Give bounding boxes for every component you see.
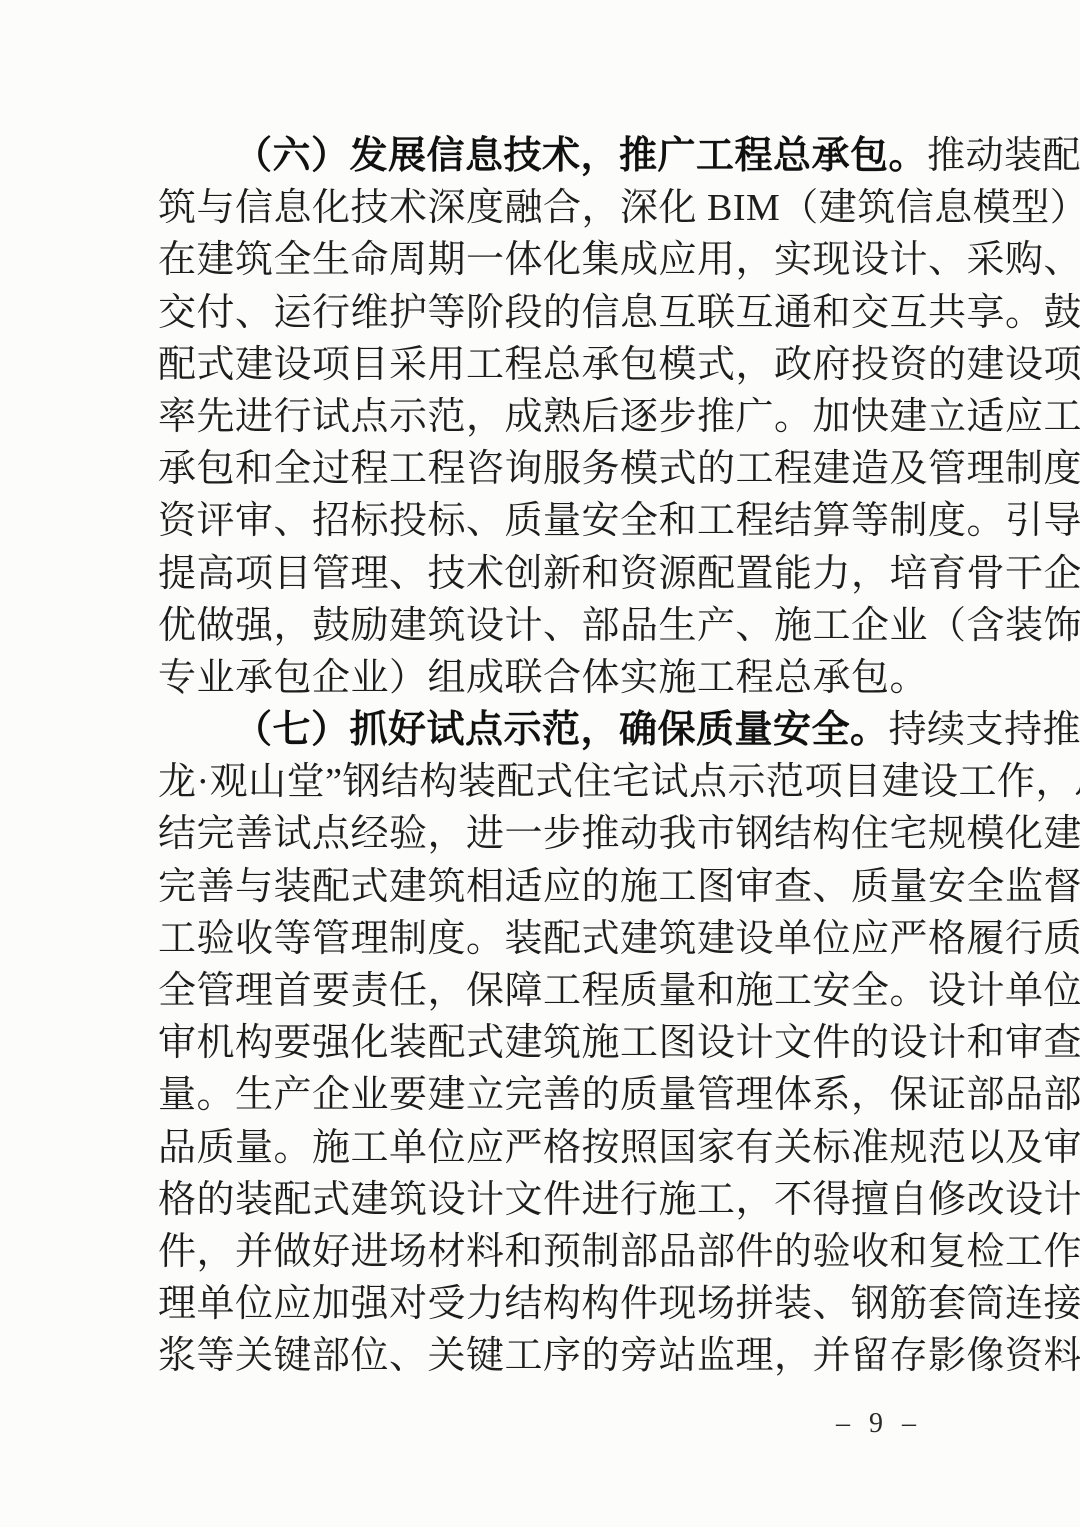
text-line: 率先进行试点示范，成熟后逐步推广。加快建立适应工程总 — [158, 391, 922, 443]
text-line: 资评审、招标投标、质量安全和工程结算等制度。引导企业 — [158, 495, 922, 547]
text-line: 工验收等管理制度。装配式建筑建设单位应严格履行质量安 — [158, 913, 922, 965]
text-line: 完善与装配式建筑相适应的施工图审查、质量安全监督、竣 — [158, 861, 922, 913]
text-line: 承包和全过程工程咨询服务模式的工程建造及管理制度、投 — [158, 443, 922, 495]
text-line: 品质量。施工单位应严格按照国家有关标准规范以及审查合 — [158, 1122, 922, 1174]
text-line: 优做强，鼓励建筑设计、部品生产、施工企业（含装饰装修 — [158, 600, 922, 652]
document-text-block: （六）发展信息技术，推广工程总承包。推动装配式建 筑与信息化技术深度融合，深化 … — [158, 130, 922, 1383]
text-line: 交付、运行维护等阶段的信息互联互通和交互共享。鼓励装 — [158, 287, 922, 339]
text-line: 在建筑全生命周期一体化集成应用，实现设计、采购、建造、 — [158, 234, 922, 286]
text-line: 结完善试点经验，进一步推动我市钢结构住宅规模化建设。 — [158, 808, 922, 860]
text-line: 格的装配式建筑设计文件进行施工，不得擅自修改设计文 — [158, 1174, 922, 1226]
section-7: （七）抓好试点示范，确保质量安全。持续支持推进“蟠 龙·观山堂”钢结构装配式住宅… — [158, 704, 922, 1382]
text-line: 审机构要强化装配式建筑施工图设计文件的设计和审查质 — [158, 1017, 922, 1069]
section-6-heading-rest: 推动装配式建 — [927, 135, 1080, 177]
text-line: 浆等关键部位、关键工序的旁站监理，并留存影像资料。各 — [158, 1330, 922, 1382]
text-line: （七）抓好试点示范，确保质量安全。持续支持推进“蟠 — [158, 704, 922, 756]
text-line: 量。生产企业要建立完善的质量管理体系，保证部品部件产 — [158, 1069, 922, 1121]
text-line: 件，并做好进场材料和预制部品部件的验收和复检工作。监 — [158, 1226, 922, 1278]
document-page: （六）发展信息技术，推广工程总承包。推动装配式建 筑与信息化技术深度融合，深化 … — [0, 0, 1080, 1527]
section-6-heading: （六）发展信息技术，推广工程总承包。 — [234, 135, 927, 177]
section-6: （六）发展信息技术，推广工程总承包。推动装配式建 筑与信息化技术深度融合，深化 … — [158, 130, 922, 704]
text-line: 全管理首要责任，保障工程质量和施工安全。设计单位和图 — [158, 965, 922, 1017]
text-line: 龙·观山堂”钢结构装配式住宅试点示范项目建设工作，总 — [158, 756, 922, 808]
text-line: 配式建设项目采用工程总承包模式，政府投资的建设项目应 — [158, 339, 922, 391]
page-number: – 9 – — [836, 1408, 922, 1440]
text-line: （六）发展信息技术，推广工程总承包。推动装配式建 — [158, 130, 922, 182]
text-line: 专业承包企业）组成联合体实施工程总承包。 — [158, 652, 922, 704]
section-7-heading-rest: 持续支持推进“蟠 — [889, 709, 1080, 751]
text-line: 筑与信息化技术深度融合，深化 BIM（建筑信息模型）技术 — [158, 182, 922, 234]
section-7-heading: （七）抓好试点示范，确保质量安全。 — [234, 709, 889, 751]
text-line: 提高项目管理、技术创新和资源配置能力，培育骨干企业做 — [158, 548, 922, 600]
text-line: 理单位应加强对受力结构构件现场拼装、钢筋套筒连接、灌 — [158, 1278, 922, 1330]
